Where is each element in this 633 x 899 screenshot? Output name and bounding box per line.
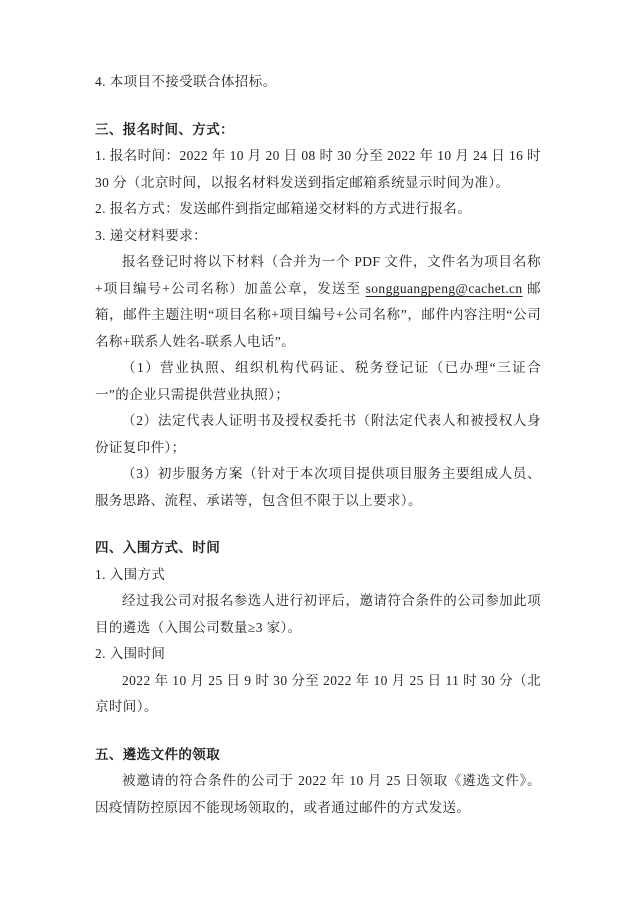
section3-heading: 三、报名时间、方式：: [95, 117, 541, 144]
clause-no-joint-bidding: 4. 本项目不接受联合体招标。: [95, 69, 541, 96]
material-item-legal-representative: （2）法定代表人证明书及授权委托书（附法定代表人和被授权人身份证复印件）；: [95, 408, 541, 461]
section3-item-signup-time: 1. 报名时间：2022 年 10 月 20 日 08 时 30 分至 2022…: [95, 143, 541, 196]
section5-heading: 五、遴选文件的领取: [95, 742, 541, 769]
section4-shortlist-method-title: 1. 入围方式: [95, 562, 541, 589]
material-item-business-license: （1）营业执照、组织机构代码证、税务登记证（已办理“三证合一”的企业只需提供营业…: [95, 355, 541, 408]
section4-shortlist-time-body: 2022 年 10 月 25 日 9 时 30 分至 2022 年 10 月 2…: [95, 668, 541, 721]
materials-intro-paragraph: 报名登记时将以下材料（合并为一个 PDF 文件，文件名为项目名称+项目编号+公司…: [95, 249, 541, 355]
material-item-service-plan: （3）初步服务方案（针对于本次项目提供项目服务主要组成人员、服务思路、流程、承诺…: [95, 461, 541, 514]
section3-item-materials-requirement: 3. 递交材料要求：: [95, 223, 541, 250]
document-page: 4. 本项目不接受联合体招标。 三、报名时间、方式： 1. 报名时间：2022 …: [0, 0, 633, 899]
section4-shortlist-time-title: 2. 入围时间: [95, 641, 541, 668]
section5-body: 被邀请的符合条件的公司于 2022 年 10 月 25 日领取《遴选文件》。因疫…: [95, 768, 541, 821]
section4-shortlist-method-body: 经过我公司对报名参选人进行初评后，邀请符合条件的公司参加此项目的遴选（入围公司数…: [95, 588, 541, 641]
section3-item-signup-method: 2. 报名方式：发送邮件到指定邮箱递交材料的方式进行报名。: [95, 196, 541, 223]
section4-heading: 四、入围方式、时间: [95, 535, 541, 562]
signup-email-address: songguangpeng@cachet.cn: [366, 281, 523, 296]
